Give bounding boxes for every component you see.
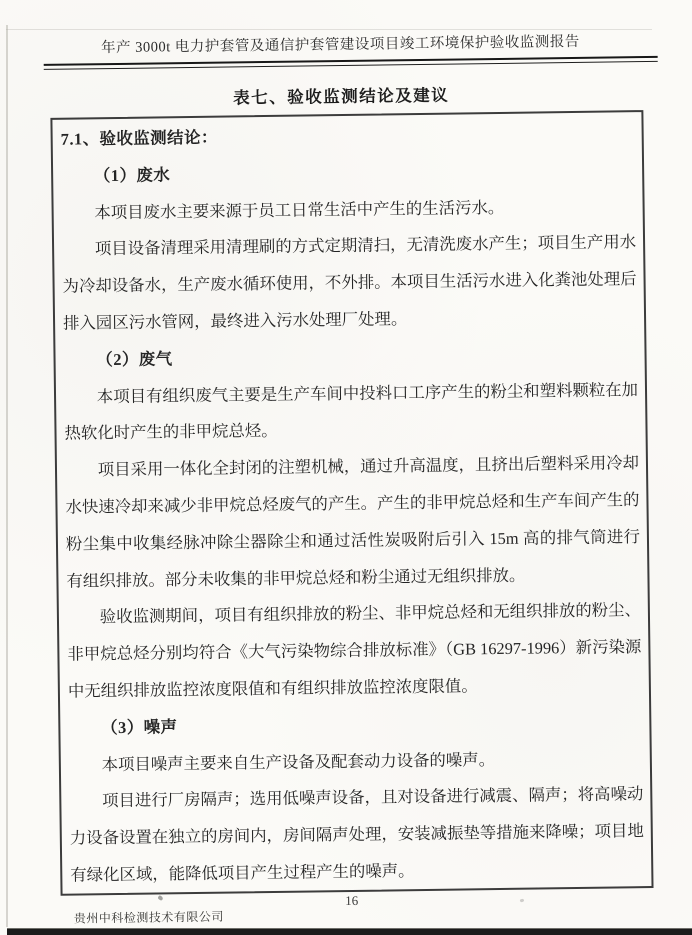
paragraph: 项目进行厂房隔声；选用低噪声设备，且对设备进行减震、隔声；将高噪动力设备设置在独… <box>69 776 644 894</box>
paragraph: 项目采用一体化全封闭的注塑机械，通过升高温度，且挤出后塑料采用冷却水快速冷却来减… <box>65 445 641 600</box>
scan-streak-top <box>6 29 652 30</box>
subsection-wastewater: （1）废水 本项目废水主要来源于员工日常生活中产生的生活污水。 项目设备清理采用… <box>61 151 637 342</box>
paragraph: 本项目有组织废气主要是生产车间中投料口工序产生的粉尘和塑料颗粒在加热软化时产生的… <box>64 372 639 453</box>
scan-tilt-wrapper: 年产 3000t 电力护套管及通信护套管建设项目竣工环境保护验收监测报告 表七、… <box>0 0 692 935</box>
conclusion-box: 7.1、验收监测结论： （1）废水 本项目废水主要来源于员工日常生活中产生的生活… <box>50 110 653 896</box>
scan-edge-left <box>6 25 8 927</box>
scanned-report-page: 年产 3000t 电力护套管及通信护套管建设项目竣工环境保护验收监测报告 表七、… <box>0 0 692 935</box>
subsection-noise: （3）噪声 本项目噪声主要来自生产设备及配套动力设备的噪声。 项目进行厂房隔声；… <box>68 703 644 894</box>
scan-edge-bottom <box>7 928 692 935</box>
page-title: 表七、验收监测结论及建议 <box>0 79 687 112</box>
paragraph: 项目设备清理采用清理刷的方式定期清扫，无清洗废水产生；项目生产用水为冷却设备水，… <box>62 225 637 343</box>
running-header: 年产 3000t 电力护套管及通信护套管建设项目竣工环境保护验收监测报告 <box>0 29 687 59</box>
conclusion-text: 7.1、验收监测结论： （1）废水 本项目废水主要来源于员工日常生活中产生的生活… <box>60 114 644 894</box>
footer-company: 贵州中科检测技术有限公司 <box>74 908 224 927</box>
header-rule <box>44 56 658 70</box>
paragraph: 验收监测期间，项目有组织排放的粉尘、非甲烷总烃和无组织排放的粉尘、非甲烷总烃分别… <box>67 593 642 711</box>
subsection-exhaust-gas: （2）废气 本项目有组织废气主要是生产车间中投料口工序产生的粉尘和塑料颗粒在加热… <box>63 335 642 710</box>
